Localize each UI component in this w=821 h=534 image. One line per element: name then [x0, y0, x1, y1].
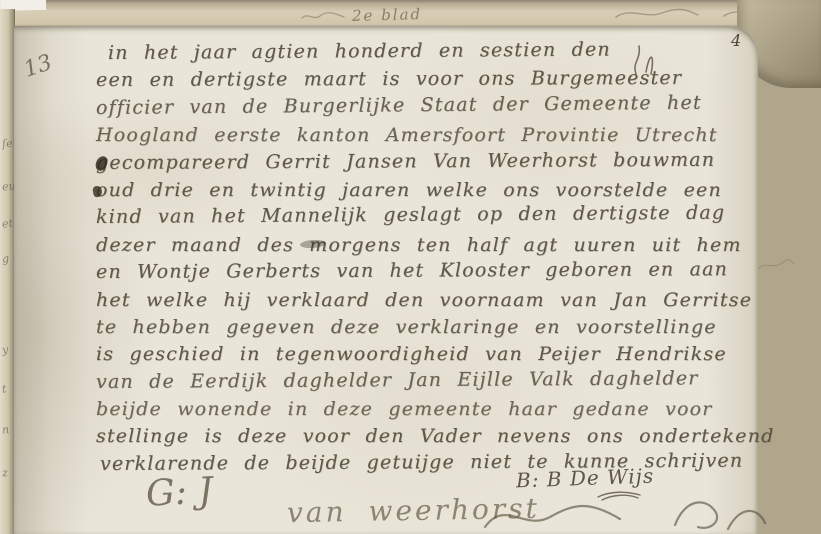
bottom-flourish-icon [470, 497, 770, 534]
top-edge-label: 2e blad [352, 5, 423, 25]
paraph-flourish-icon [630, 40, 656, 78]
manuscript-line: en Wontje Gerberts van het Klooster gebo… [96, 258, 751, 288]
top-edge-squiggle-icon [300, 9, 346, 23]
manuscript-line: is geschied in tegenwoordigheid van Peij… [96, 343, 751, 370]
manuscript-line: kind van het Mannelijk geslagt op den de… [96, 202, 751, 234]
ghost-fragment: y [1, 342, 15, 356]
ghost-fragment: z [1, 465, 15, 479]
manuscript-line: het welke hij verklaard den voornaam van… [96, 289, 751, 316]
ghost-fragment: g [1, 251, 15, 265]
manuscript-line: gecompareerd Gerrit Jansen Van Weerhorst… [96, 148, 751, 179]
ghost-fragment: t [1, 381, 15, 395]
manuscript-text: in het jaar agtien honderd en sestien de… [96, 42, 751, 480]
manuscript-line: van de Eerdijk daghelder Jan Eijlle Valk… [96, 367, 751, 398]
manuscript-line: dezer maand des morgens ten half agt uur… [96, 234, 751, 261]
ghost-fragment: n [1, 422, 15, 436]
ghost-fragment: eu [1, 179, 15, 193]
ghost-fragment: ſe [1, 136, 15, 150]
manuscript-line: te hebben gegeven deze verklaringe en vo… [96, 316, 751, 343]
fore-edge-ghost-mark-icon [755, 255, 797, 274]
manuscript-line: officier van de Burgerlijke Staat der Ge… [96, 91, 751, 124]
manuscript-line: beijde wonende in deze gemeente haar ged… [96, 398, 751, 425]
manuscript-line: stellinge is deze voor den Vader nevens … [96, 425, 751, 452]
manuscript-line: Hoogland eerste kanton Amersfoort Provin… [96, 124, 751, 151]
ghost-fragment: et [1, 216, 15, 230]
father-signature-initials: G: J [145, 470, 214, 514]
scanned-register-page: 2e blad ſe eu et g y t n z 4 13 in het j… [0, 0, 821, 534]
previous-page-edge: ſe eu et g y t n z [0, 9, 15, 534]
